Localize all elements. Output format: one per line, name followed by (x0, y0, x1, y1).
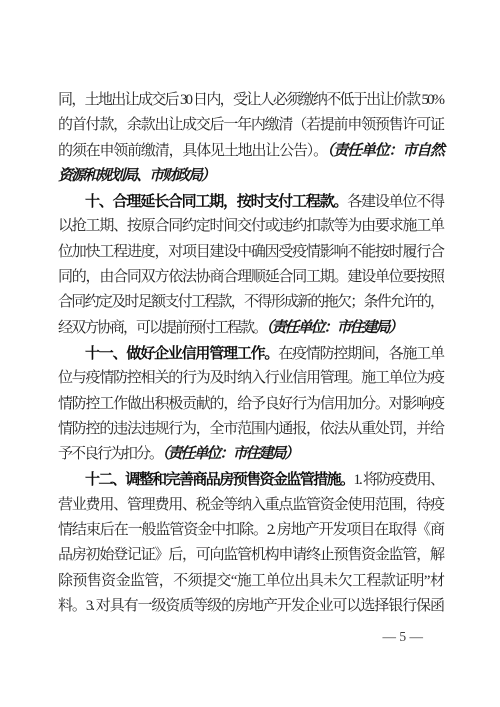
body-text-run: 合同约定及时足额支付工程款，不得形成新的拖欠；条件允许的， (58, 294, 443, 310)
body-text-run: 经双方协商，可以提前预付工程款。 (58, 320, 266, 336)
section-heading-run: 十二、调整和完善商品房预售资金监管措施。 (85, 471, 353, 488)
text-line: 情防控工作做出积极贡献的，给予良好行为信用加分。对影响疫 (58, 392, 443, 417)
body-text-run: 同的，由合同双方依法协商合理顺延合同工期。建设单位要按照 (58, 269, 443, 285)
document-page: 同，土地出让成交后 30 日内，受让人必须缴纳不低于出让价款 50%的首付款，余… (0, 0, 500, 707)
body-text-run: 各建设单位不得 (347, 194, 443, 210)
text-line: 营业费用、管理费用、税金等纳入重点监管资金使用范围，待疫 (58, 493, 443, 518)
text-line: 品房初始登记证》后，可向监管机构申请终止预售资金监管，解 (58, 543, 443, 568)
document-body: 同，土地出让成交后 30 日内，受让人必须缴纳不低于出让价款 50%的首付款，余… (58, 88, 443, 619)
text-line: 资源和规划局、市财政局） (58, 164, 443, 189)
section-heading-run: 十、合理延长合同工期，按时支付工程款。 (85, 193, 347, 210)
body-text-run: 1. 将防疫费用、 (353, 472, 443, 488)
text-line: 除预售资金监管，不须提交“施工单位出具未欠工程款证明”材 (58, 569, 443, 594)
body-text-run: 的须在申领前缴清，具体见土地出让公告）。 (58, 143, 327, 159)
text-line: 情结束后在一般监管资金中扣除。2. 房地产开发项目在取得《商 (58, 518, 443, 543)
text-line: 经双方协商，可以提前预付工程款。（责任单位：市住建局） (58, 316, 443, 341)
section-heading-run: 十一、做好企业信用管理工作。 (85, 345, 278, 362)
body-text-run: 除预售资金监管，不须提交“施工单位出具未欠工程款证明”材 (58, 573, 443, 589)
responsible-unit-run: （责任单位：市住建局） (162, 446, 298, 462)
text-line: 的首付款，余款出让成交后一年内缴清（若提前申领预售许可证 (58, 113, 443, 138)
text-line: 十二、调整和完善商品房预售资金监管措施。1. 将防疫费用、 (58, 467, 443, 492)
body-text-run: 予不良行为扣分。 (58, 446, 162, 462)
text-line: 的须在申领前缴清，具体见土地出让公告）。（责任单位：市自然 (58, 139, 443, 164)
text-line: 料。3. 对具有一级资质等级的房地产开发企业可以选择银行保函 (58, 594, 443, 619)
body-text-run: 料。3. 对具有一级资质等级的房地产开发企业可以选择银行保函 (58, 598, 443, 614)
body-text-run: 位与疫情防控相关的行为及时纳入行业信用管理。施工单位为疫 (58, 370, 443, 386)
body-text-run: 同，土地出让成交后 30 日内，受让人必须缴纳不低于出让价款 50% (58, 92, 443, 108)
responsible-unit-run: （责任单位：市住建局） (266, 320, 402, 336)
body-text-run: 品房初始登记证》后，可向监管机构申请终止预售资金监管，解 (58, 547, 443, 563)
body-text-run: 情防控工作做出积极贡献的，给予良好行为信用加分。对影响疫 (58, 396, 443, 412)
page-number: — 5 — (383, 629, 424, 645)
text-line: 合同约定及时足额支付工程款，不得形成新的拖欠；条件允许的， (58, 290, 443, 315)
body-text-run: 的首付款，余款出让成交后一年内缴清（若提前申领预售许可证 (58, 117, 443, 133)
body-text-run: 情防控的违法违规行为，全市范围内通报，依法从重处罚，并给 (58, 421, 443, 437)
body-text-run: 营业费用、管理费用、税金等纳入重点监管资金使用范围，待疫 (58, 497, 443, 513)
text-line: 十、合理延长合同工期，按时支付工程款。各建设单位不得 (58, 189, 443, 214)
responsible-unit-run: 资源和规划局、市财政局） (58, 168, 214, 184)
text-line: 位加快工程进度，对项目建设中确因受疫情影响不能按时履行合 (58, 240, 443, 265)
text-line: 十一、做好企业信用管理工作。在疫情防控期间，各施工单 (58, 341, 443, 366)
body-text-run: 情结束后在一般监管资金中扣除。2. 房地产开发项目在取得《商 (58, 522, 443, 538)
text-line: 情防控的违法违规行为，全市范围内通报，依法从重处罚，并给 (58, 417, 443, 442)
text-line: 以抢工期、按原合同约定时间交付或违约扣款等为由要求施工单 (58, 214, 443, 239)
body-text-run: 以抢工期、按原合同约定时间交付或违约扣款等为由要求施工单 (58, 218, 443, 234)
body-text-run: 位加快工程进度，对项目建设中确因受疫情影响不能按时履行合 (58, 244, 443, 260)
responsible-unit-run: （责任单位：市自然 (327, 143, 443, 159)
text-line: 同，土地出让成交后 30 日内，受让人必须缴纳不低于出让价款 50% (58, 88, 443, 113)
body-text-run: 在疫情防控期间，各施工单 (278, 346, 443, 362)
text-line: 位与疫情防控相关的行为及时纳入行业信用管理。施工单位为疫 (58, 366, 443, 391)
text-line: 同的，由合同双方依法协商合理顺延合同工期。建设单位要按照 (58, 265, 443, 290)
text-line: 予不良行为扣分。（责任单位：市住建局） (58, 442, 443, 467)
